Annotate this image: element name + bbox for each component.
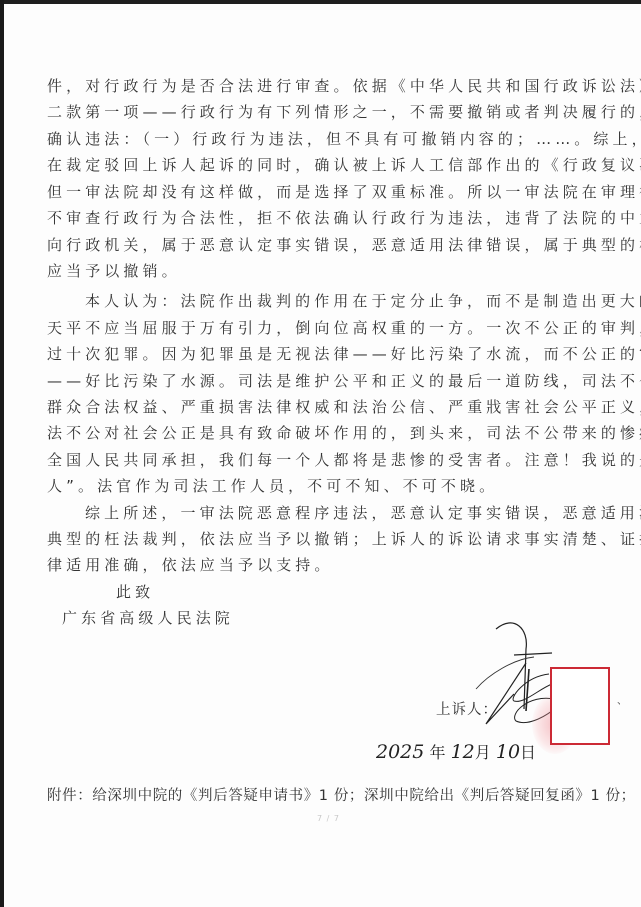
text-line: 应当予以撤销。 xyxy=(47,261,181,281)
redaction-box xyxy=(550,667,610,745)
text-line: 律适用准确，依法应当予以支持。 xyxy=(47,555,334,575)
page-number: 7 / 7 xyxy=(317,814,340,823)
text-line: 在裁定驳回上诉人起诉的同时，确认被上诉人工信部作出的《行政复议决定书》违法。 xyxy=(47,155,641,175)
date-month-unit: 月 xyxy=(475,743,491,762)
text-line: 不审查行政行为合法性，拒不依法确认行政行为违法，违背了法院的中立原则，明显倒 xyxy=(47,208,641,228)
addressee: 广东省高级人民法院 xyxy=(62,608,234,628)
signature-date: 2025 年 12月 10日 xyxy=(376,740,536,763)
attachment-note: 附件：给深圳中院的《判后答疑申请书》1 份；深圳中院给出《判后答疑回复函》1 份… xyxy=(47,784,636,805)
text-line: 群众合法权益、严重损害法律权威和法治公信、严重戕害社会公平正义，由此可见：司 xyxy=(47,397,641,417)
date-day-unit: 日 xyxy=(520,743,536,762)
text-line: 确认违法：（一）行政行为违法，但不具有可撤销内容的；……。综上，一审依法应当 xyxy=(47,129,641,149)
text-line: 本人认为：法院作出裁判的作用在于定分止争，而不是制造出更大的纷争。法律的 xyxy=(85,291,641,311)
text-line: 但一审法院却没有这样做，而是选择了双重标准。所以一审法院在审理行政案件时，拒 xyxy=(47,182,641,202)
date-year-unit: 年 xyxy=(429,743,445,762)
salutation: 此致 xyxy=(116,582,154,602)
text-line: 人”。法官作为司法工作人员，不可不知、不可不晓。 xyxy=(47,476,498,496)
text-line: 件，对行政行为是否合法进行审查。依据《中华人民共和国行政诉讼法》第七十四条第 xyxy=(47,76,641,96)
text-line: 过十次犯罪。因为犯罪虽是无视法律——好比污染了水流，而不公正的审判则毁坏法律 xyxy=(47,344,641,364)
text-line: 二款第一项——行政行为有下列情形之一，不需要撤销或者判决履行的，人民法院判决 xyxy=(47,102,641,122)
date-day: 10 xyxy=(496,741,520,763)
mark: 、 xyxy=(617,692,627,707)
text-line: 法不公对社会公正是具有致命破坏作用的，到头来，司法不公带来的惨痛后果，终将被 xyxy=(47,423,641,443)
text-line: 天平不应当屈服于万有引力，倒向位高权重的一方。一次不公正的审判，其恶果甚至超 xyxy=(47,318,641,338)
text-line: 全国人民共同承担，我们每一个人都将是悲惨的受害者。注意！我说的是“每一个 xyxy=(47,450,641,470)
text-line: 典型的枉法裁判，依法应当予以撤销；上诉人的诉讼请求事实清楚、证据确实充分、法 xyxy=(47,529,641,549)
text-line: 综上所述，一审法院恶意程序违法，恶意认定事实错误，恶意适用法律错误，属于 xyxy=(85,503,641,523)
text-line: ——好比污染了水源。司法是维护公平和正义的最后一道防线，司法不公就会严重侵害 xyxy=(47,371,641,391)
text-line: 向行政机关，属于恶意认定事实错误，恶意适用法律错误，属于典型的枉法裁判，依法 xyxy=(47,235,641,255)
document-page: 件，对行政行为是否合法进行审查。依据《中华人民共和国行政诉讼法》第七十四条第 二… xyxy=(4,4,641,907)
date-year: 2025 xyxy=(376,741,424,763)
date-month: 12 xyxy=(451,741,475,763)
